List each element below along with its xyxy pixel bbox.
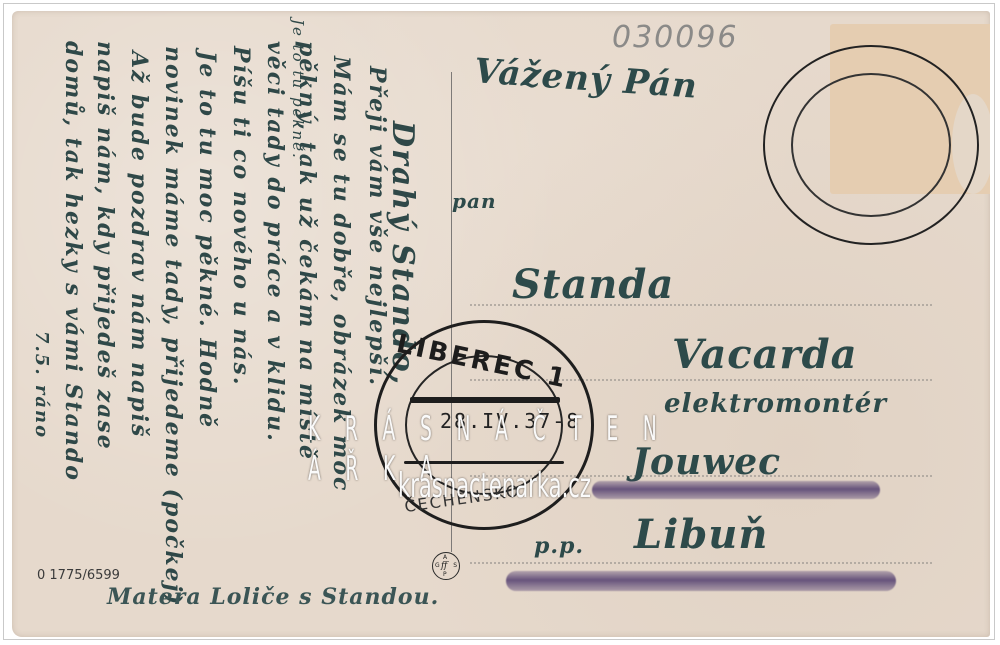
address-post-office-prefix: p.p.	[534, 533, 584, 559]
publisher-logo-icon: A G S P ff	[432, 552, 460, 580]
archive-number: 030096	[612, 20, 739, 55]
message-line-2: Přeji vám vše nejlepší.	[364, 66, 390, 387]
message-line-11: domů, tak hezky s vámi Stando	[60, 41, 86, 482]
message-line-5: věci tady do práce a v klidu.	[262, 41, 288, 443]
message-line-9: Až bude pozdrav nám napiš	[126, 51, 152, 438]
message-side-note: 7.5. ráno	[31, 331, 52, 439]
message-line-7: Je to tu moc pěkné. Hodně	[194, 51, 220, 429]
message-signature: Matera Loliče s Standou.	[107, 584, 439, 610]
message-line-6: Píšu ti co nového u nás.	[228, 46, 254, 387]
address-surname: Vacarda	[672, 331, 858, 378]
address-post-office: Libuň	[634, 511, 768, 558]
address-salutation: Vážený Pán	[473, 51, 699, 107]
address-occupation: elektromontér	[664, 389, 887, 419]
publisher-code: 0 1775/6599	[37, 568, 120, 583]
address-prefix: pan	[452, 189, 496, 213]
address-line-4	[470, 562, 932, 564]
postmark-right	[763, 45, 979, 245]
message-line-10: napiš nám, kdy přijedeš zase	[92, 41, 118, 451]
postcard: 030096 Vážený Pán pan Standa Vacarda ele…	[12, 11, 990, 637]
postmark-right-inner-ring	[791, 73, 951, 217]
watermark-url: krasnactenarka.cz	[398, 466, 591, 506]
postmark-bar-top	[410, 397, 560, 403]
message-line-4: pěkný, tak už čekám na místě	[294, 41, 320, 461]
address-first-name: Standa	[512, 261, 674, 308]
strike-mark-2	[506, 571, 896, 591]
message-line-8: novinek máme tady, přijedeme (počkej)	[160, 46, 186, 606]
